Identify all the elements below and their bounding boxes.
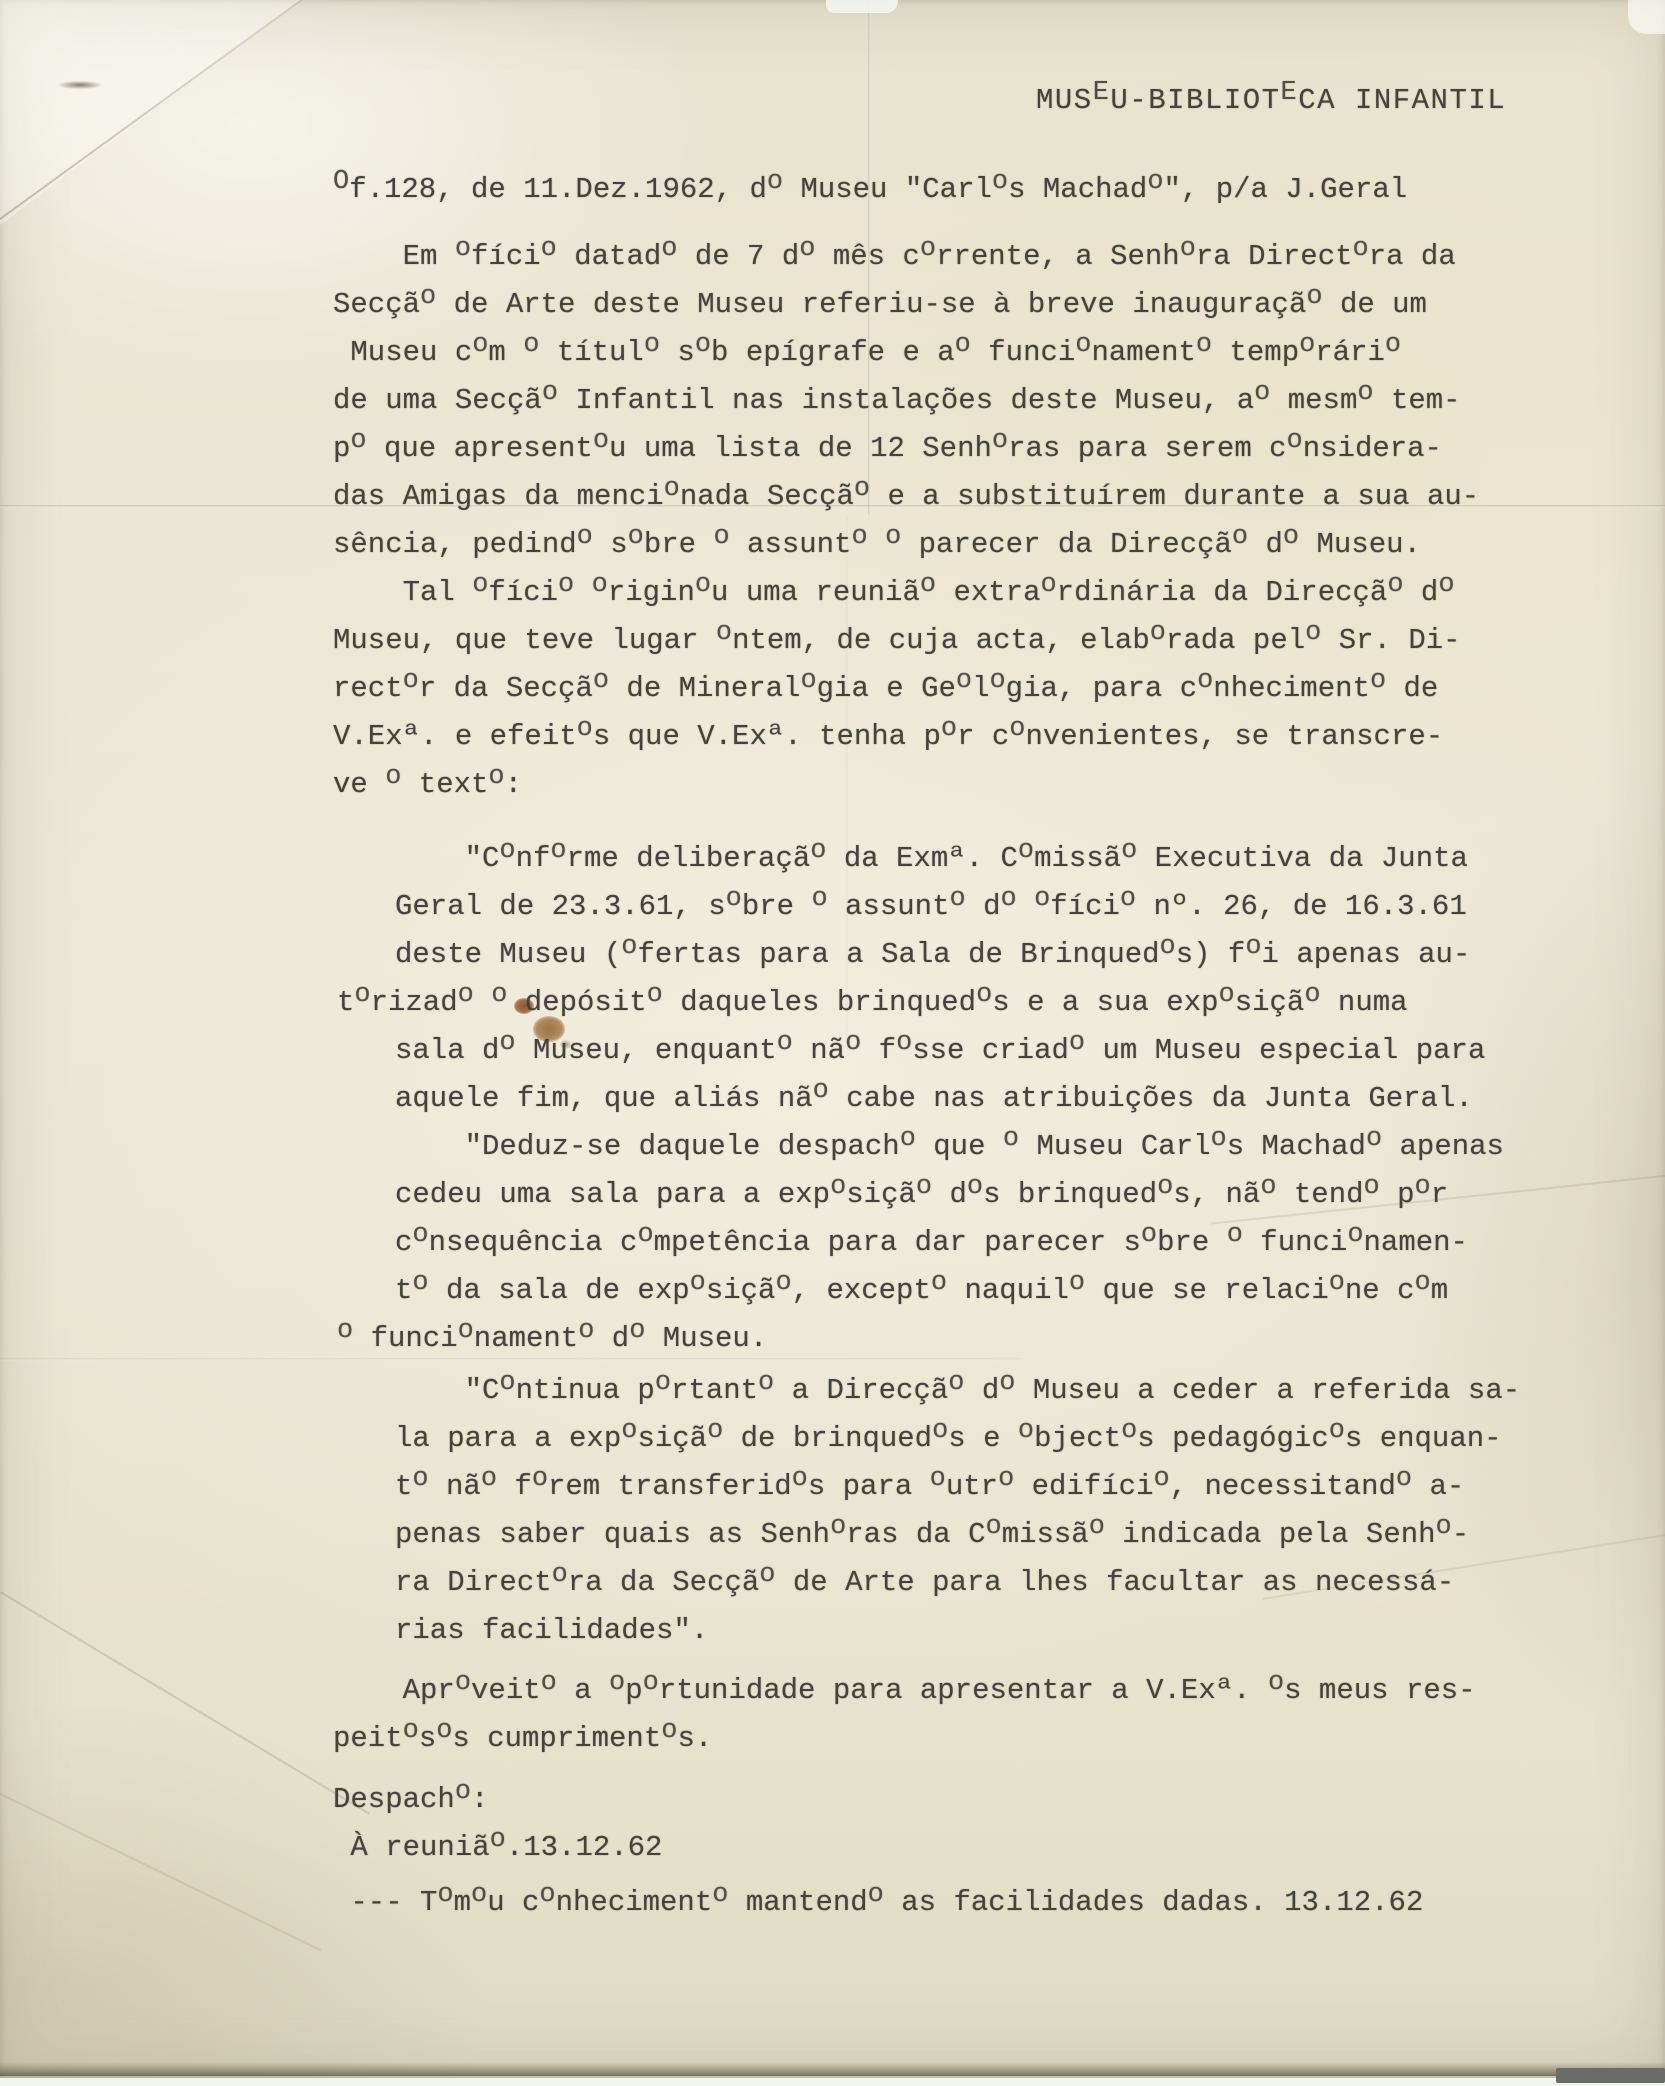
typed-line: "Conforme deliberação da Exmª. Comissão … <box>395 835 1513 883</box>
typed-line: to não forem transferidos para outro edi… <box>395 1463 1513 1511</box>
typed-line: Aproveito a oportunidade para apresentar… <box>333 1667 1513 1715</box>
despacho-line: --- Tomou conhecimento mantendo as facil… <box>333 1879 1513 1927</box>
paper-tear <box>826 0 898 13</box>
typed-line: ve o texto: <box>333 761 1513 809</box>
ink-smudge <box>58 81 102 89</box>
typed-line: deste Museu (ofertas para a Sala de Brin… <box>395 931 1513 979</box>
typed-line: Geral de 23.3.61, sobre o assunto do ofí… <box>395 883 1513 931</box>
typed-line: rias facilidades". <box>395 1607 1513 1655</box>
despacho-line: À reunião.13.12.62 <box>333 1824 1513 1872</box>
typed-line: V.Exª. e efeitos que V.Exª. tenha por co… <box>333 713 1513 761</box>
typed-line: ra Directora da Secção de Arte para lhes… <box>395 1559 1513 1607</box>
letter-body: Of.128, de 11.Dez.1962, do Museu "Carlos… <box>333 166 1513 1927</box>
typed-line: rector da Secção de Mineralogia e Geolog… <box>333 665 1513 713</box>
typed-line: la para a exposição de brinquedos e obje… <box>395 1415 1513 1463</box>
despacho-label: Despacho: <box>333 1776 1513 1824</box>
quoted-paragraph-3: "Continua portanto a Direcção do Museu a… <box>395 1367 1513 1655</box>
typed-line: torizado o depósito daqueles brinquedos … <box>337 979 1513 1027</box>
typed-line: "Continua portanto a Direcção do Museu a… <box>395 1367 1513 1415</box>
scanner-edge-fragment <box>1556 2068 1665 2083</box>
despacho-block: Despacho: À reunião.13.12.62 --- Tomou c… <box>333 1776 1513 1927</box>
scanned-letter-page: MUSEU-BIBLIOTECA INFANTIL Of.128, de 11.… <box>0 0 1665 2086</box>
paper-tear <box>1628 0 1665 34</box>
typed-line: Em ofício datado de 7 do mês corrente, a… <box>333 233 1513 281</box>
typed-line: das Amigas da mencionada Secção e a subs… <box>333 473 1513 521</box>
typed-line: consequência competência para dar parece… <box>395 1219 1513 1267</box>
typed-line: sala do Museu, enquanto não fosse criado… <box>395 1027 1513 1075</box>
typed-line: to da sala de exposição, excepto naquilo… <box>395 1267 1513 1315</box>
typed-line: Tal ofício originou uma reunião extraord… <box>333 569 1513 617</box>
subject-line: Of.128, de 11.Dez.1962, do Museu "Carlos… <box>333 166 1513 214</box>
paragraph-1: Em ofício datado de 7 do mês corrente, a… <box>333 233 1513 569</box>
quoted-paragraph-1: "Conforme deliberação da Exmª. Comissão … <box>395 835 1513 1123</box>
typed-line: po que apresentou uma lista de 12 Senhor… <box>333 425 1513 473</box>
typed-line: penas saber quais as Senhoras da Comissã… <box>395 1511 1513 1559</box>
typed-line: de uma Secção Infantil nas instalações d… <box>333 377 1513 425</box>
paper-bottom-edge-shadow <box>0 2062 1665 2076</box>
typed-line: Museu, que teve lugar ontem, de cuja act… <box>333 617 1513 665</box>
typed-line: cedeu uma sala para a exposição dos brin… <box>395 1171 1513 1219</box>
typed-line: "Deduz-se daquele despacho que o Museu C… <box>395 1123 1513 1171</box>
typed-line: aquele fim, que aliás não cabe nas atrib… <box>395 1075 1513 1123</box>
paragraph-2: Tal ofício originou uma reunião extraord… <box>333 569 1513 809</box>
typed-line: sência, pedindo sobre o assunto o parece… <box>333 521 1513 569</box>
closing-paragraph: Aproveito a oportunidade para apresentar… <box>333 1667 1513 1763</box>
typed-line: peitosos cumprimentos. <box>333 1715 1513 1763</box>
letterhead-title: MUSEU-BIBLIOTECA INFANTIL <box>1036 77 1506 126</box>
typed-line: Museu com o título sob epígrafe e ao fun… <box>333 329 1513 377</box>
typed-line: Secção de Arte deste Museu referiu-se à … <box>333 281 1513 329</box>
typed-line: o funcionamento do Museu. <box>337 1315 1513 1363</box>
quoted-paragraph-2: "Deduz-se daquele despacho que o Museu C… <box>395 1123 1513 1363</box>
